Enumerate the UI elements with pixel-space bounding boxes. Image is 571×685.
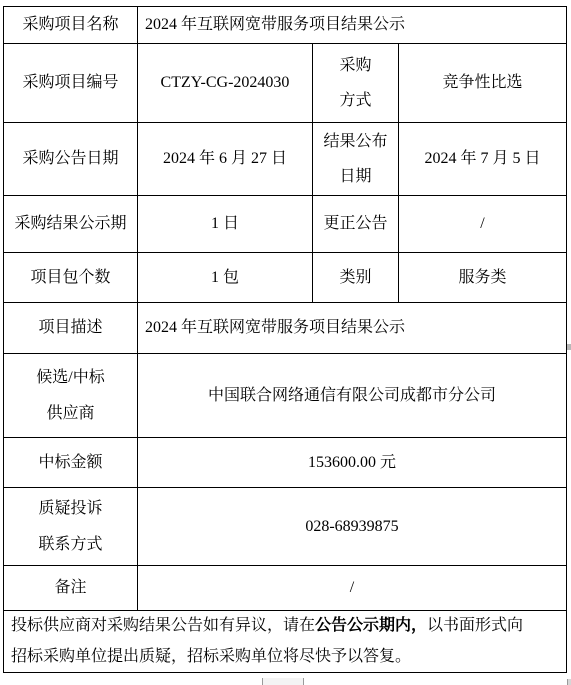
field-value-correction-notice: / xyxy=(399,196,567,253)
scrollbar-corner-fragment xyxy=(567,679,571,685)
field-value-project-number: CTZY-CG-2024030 xyxy=(138,44,313,123)
page: 采购项目名称 2024 年互联网宽带服务项目结果公示 采购项目编号 CTZY-C… xyxy=(0,0,571,685)
table-row: 采购公告日期 2024 年 6 月 27 日 结果公布 日期 2024 年 7 … xyxy=(4,123,567,196)
field-value-winning-supplier: 中国联合网络通信有限公司成都市分公司 xyxy=(138,354,567,438)
field-value-result-publish-date: 2024 年 7 月 5 日 xyxy=(399,123,567,196)
table-row: 项目包个数 1 包 类别 服务类 xyxy=(4,253,567,303)
field-label-winning-supplier: 候选/中标 供应商 xyxy=(4,354,138,438)
footer-note-bold-text: 公告公示期内， xyxy=(315,617,427,634)
field-label-publicity-period: 采购结果公示期 xyxy=(4,196,138,253)
table-row: 采购结果公示期 1 日 更正公告 / xyxy=(4,196,567,253)
field-label-remarks: 备注 xyxy=(4,566,138,611)
field-label-project-number: 采购项目编号 xyxy=(4,44,138,123)
field-label-winning-amount: 中标金额 xyxy=(4,438,138,488)
field-label-announcement-date: 采购公告日期 xyxy=(4,123,138,196)
horizontal-scrollbar-thumb[interactable] xyxy=(262,678,304,685)
footer-note: 投标供应商对采购结果公告如有异议，请在公告公示期内，以书面形式向 招标采购单位提… xyxy=(4,611,567,673)
field-value-procurement-method: 竞争性比选 xyxy=(399,44,567,123)
field-label-correction-notice: 更正公告 xyxy=(313,196,399,253)
field-value-category: 服务类 xyxy=(399,253,567,303)
field-value-package-count: 1 包 xyxy=(138,253,313,303)
field-label-package-count: 项目包个数 xyxy=(4,253,138,303)
table-row: 备注 / xyxy=(4,566,567,611)
table-row: 候选/中标 供应商 中国联合网络通信有限公司成都市分公司 xyxy=(4,354,567,438)
field-label-result-publish-date: 结果公布 日期 xyxy=(313,123,399,196)
field-label-category: 类别 xyxy=(313,253,399,303)
table-row: 采购项目名称 2024 年互联网宽带服务项目结果公示 xyxy=(4,7,567,44)
field-label-procurement-method: 采购 方式 xyxy=(313,44,399,123)
table-row: 质疑投诉 联系方式 028-68939875 xyxy=(4,488,567,566)
table-row: 中标金额 153600.00 元 xyxy=(4,438,567,488)
table-row: 项目描述 2024 年互联网宽带服务项目结果公示 xyxy=(4,303,567,354)
footer-note-text: 投标供应商对采购结果公告如有异议，请在 xyxy=(11,617,315,634)
table-row: 采购项目编号 CTZY-CG-2024030 采购 方式 竞争性比选 xyxy=(4,44,567,123)
table-row: 投标供应商对采购结果公告如有异议，请在公告公示期内，以书面形式向 招标采购单位提… xyxy=(4,611,567,673)
field-label-project-name: 采购项目名称 xyxy=(4,7,138,44)
field-label-project-description: 项目描述 xyxy=(4,303,138,354)
scrollbar-fragment[interactable] xyxy=(567,344,571,350)
field-value-complaint-contact: 028-68939875 xyxy=(138,488,567,566)
field-label-complaint-contact: 质疑投诉 联系方式 xyxy=(4,488,138,566)
field-value-announcement-date: 2024 年 6 月 27 日 xyxy=(138,123,313,196)
field-value-winning-amount: 153600.00 元 xyxy=(138,438,567,488)
procurement-result-table: 采购项目名称 2024 年互联网宽带服务项目结果公示 采购项目编号 CTZY-C… xyxy=(3,6,567,673)
field-value-publicity-period: 1 日 xyxy=(138,196,313,253)
field-value-remarks: / xyxy=(138,566,567,611)
field-value-project-description: 2024 年互联网宽带服务项目结果公示 xyxy=(138,303,567,354)
field-value-project-name: 2024 年互联网宽带服务项目结果公示 xyxy=(138,7,567,44)
